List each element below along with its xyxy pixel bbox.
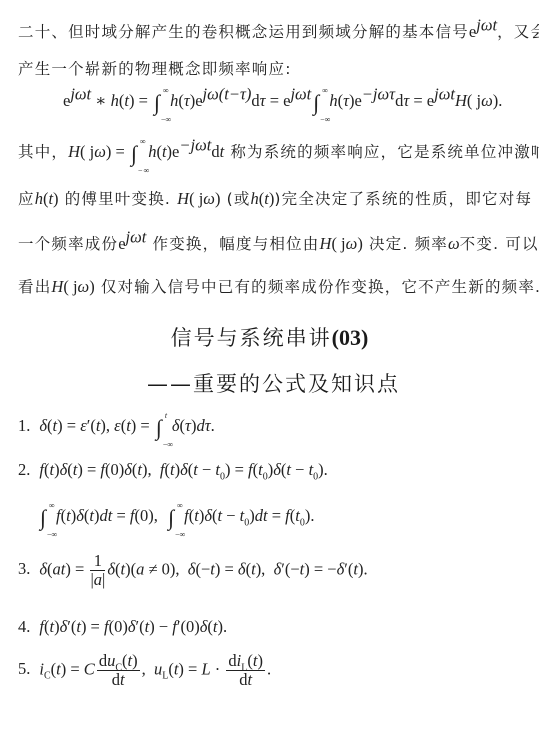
item-number: 1. [18, 416, 30, 435]
signal-exponent: jωt [476, 16, 497, 35]
text-segment: 应 [18, 190, 35, 208]
integral-sign: ∫∞−∞ [154, 90, 160, 116]
text-segment: 的傅里叶变换. [65, 190, 171, 208]
paragraph-20-line-2: 产生一个崭新的物理概念即频率响应: [18, 57, 292, 79]
text-segment: 仅对输入信号中已有的频率成份作变换，它不产生新的频率. [101, 278, 539, 296]
integral-sign: ∫∞−∞ [313, 90, 319, 116]
formula-item-2-integrals: ∫∞−∞f(t)δ(t)dt = f(0), ∫∞−∞f(t)δ(t − t0)… [38, 505, 314, 531]
text-segment: 二十、但时域分解产生的卷积概念运用到频域分解的基本信号 [18, 23, 469, 41]
section-title: 信号与系统串讲(03) [0, 322, 539, 352]
title-text: 信号与系统串讲 [171, 326, 332, 350]
text-segment: 其中， [18, 143, 68, 161]
paragraph-20-line-1: 二十、但时域分解产生的卷积概念运用到频域分解的基本信号ejωt，又会 [18, 20, 539, 42]
formula-item-2: 2.f(t)δ(t) = f(0)δ(t), f(t)δ(t − t0) = f… [18, 460, 328, 480]
text-segment: 看出 [18, 278, 51, 296]
item-number: 2. [18, 460, 30, 479]
paragraph-20-line-3: 其中，H( jω) = ∫∞−∞h(t)e−jωtdt 称为系统的频率响应，它是… [18, 140, 539, 167]
item-number: 5. [18, 659, 30, 678]
signal-exponential: ejωt [469, 22, 497, 41]
section-subtitle: ——重要的公式及知识点 [4, 368, 539, 398]
formula-item-5: 5.iC(t) = CduC(t)dt, uL(t) = L · diL(t)d… [18, 652, 271, 689]
text-segment: 决定. 频率 [369, 235, 448, 253]
convolution-equation: ejωt ∗ h(t) = ∫∞−∞h(τ)ejω(t−τ)dτ = ejωt∫… [63, 90, 502, 116]
item-number: 3. [18, 559, 30, 578]
paragraph-20-line-6: 看出H( jω) 仅对输入信号中已有的频率成份作变换，它不产生新的频率. [18, 275, 539, 297]
formula-item-3: 3.δ(at) = 1|a|δ(t)(a ≠ 0), δ(−t) = δ(t),… [18, 552, 368, 589]
fraction: duC(t)dt [97, 652, 140, 689]
integral-sign: ∫∞−∞ [131, 141, 138, 167]
integral-sign: ∫∞−∞ [168, 505, 174, 531]
text-segment: 一个频率成份 [18, 235, 118, 253]
paragraph-20-line-5: 一个频率成份ejωt 作变换，幅度与相位由H( jω) 决定. 频率ω不变. 可… [18, 232, 539, 254]
paragraph-20-line-4: 应h(t) 的傅里叶变换. H( jω) (或h(t))完全决定了系统的性质，即… [18, 187, 532, 209]
formula-item-1: 1.δ(t) = ε′(t), ε(t) = ∫t−∞δ(τ)dτ. [18, 415, 215, 441]
formula-item-4: 4.f(t)δ′(t) = f(0)δ′(t) − f′(0)δ(t). [18, 617, 227, 637]
integral-sign: ∫t−∞ [156, 415, 162, 441]
item-number: 4. [18, 617, 30, 636]
fraction: diL(t)dt [226, 652, 265, 689]
text-segment: )完全决定了系统的性质，即它对每 [274, 190, 532, 208]
integral-sign: ∫∞−∞ [40, 505, 46, 531]
text-segment: 作变换，幅度与相位由 [153, 235, 320, 253]
fraction: 1|a| [90, 552, 105, 589]
text-segment: ，又会 [497, 23, 539, 41]
text-segment: 不变. 可以 [460, 235, 539, 253]
text-segment: (或 [227, 190, 251, 208]
text-segment: 称为系统的频率响应，它是系统单位冲激响 [230, 143, 539, 161]
title-number: (03) [332, 325, 369, 350]
